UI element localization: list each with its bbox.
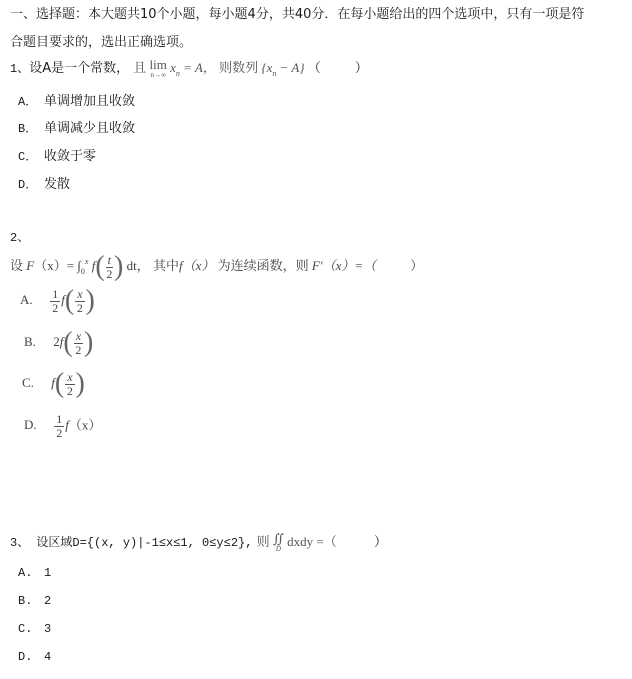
question-2-option-a: A. 12f(x2): [20, 287, 95, 315]
question-1-option-a: A．单调增加且收敛: [18, 90, 135, 109]
question-1-stem: 1、设A是一个常数， 且 limn→∞ xn = A， 则数列 {xn − A}…: [10, 59, 368, 79]
question-number: 3、: [10, 536, 29, 550]
question-number: 1、: [10, 62, 29, 76]
section-instructions-line1: 一、选择题：本大题共10个小题，每小题4分，共40分．在每小题给出的四个选项中，…: [10, 6, 584, 24]
question-3-option-b: B.2: [18, 594, 51, 608]
answer-blank-open: （: [308, 61, 321, 76]
answer-blank-close: ）: [355, 61, 368, 76]
question-3-stem: 3、 设区域D={(x, y)|-1≤x≤1, 0≤y≤2}, 则 ∬D dxd…: [10, 533, 387, 553]
question-1-option-d: D．发散: [18, 173, 70, 192]
question-2-option-d: D. 12f（x）: [24, 413, 101, 440]
section-instructions-line2: 合题目要求的，选出正确选项。: [10, 34, 192, 52]
question-text: 设A是一个常数，: [29, 61, 129, 76]
question-3-option-d: D.4: [18, 650, 51, 664]
question-3-option-c: C.3: [18, 622, 51, 636]
question-2-number: 2、: [10, 229, 29, 247]
math-limit-expression: 且 limn→∞ xn = A， 则数列 {xn − A}: [133, 60, 308, 75]
fraction: t2: [106, 254, 113, 281]
math-double-integral: 则 ∬D dxdy =（: [257, 534, 340, 549]
question-2-option-b: B. 2f(x2): [24, 329, 93, 357]
question-1-option-b: B．单调减少且收敛: [18, 117, 135, 136]
question-text: 设区域D={(x, y)|-1≤x≤1, 0≤y≤2},: [29, 536, 252, 550]
question-2-option-c: C. f(x2): [22, 370, 85, 398]
question-2-stem: 设 F（x）= ∫0x f(t2) dt， 其中f（x） 为连续函数，则 F′（…: [10, 252, 423, 282]
question-3-option-a: A.1: [18, 566, 51, 580]
question-1-option-c: C．收敛于零: [18, 145, 96, 164]
